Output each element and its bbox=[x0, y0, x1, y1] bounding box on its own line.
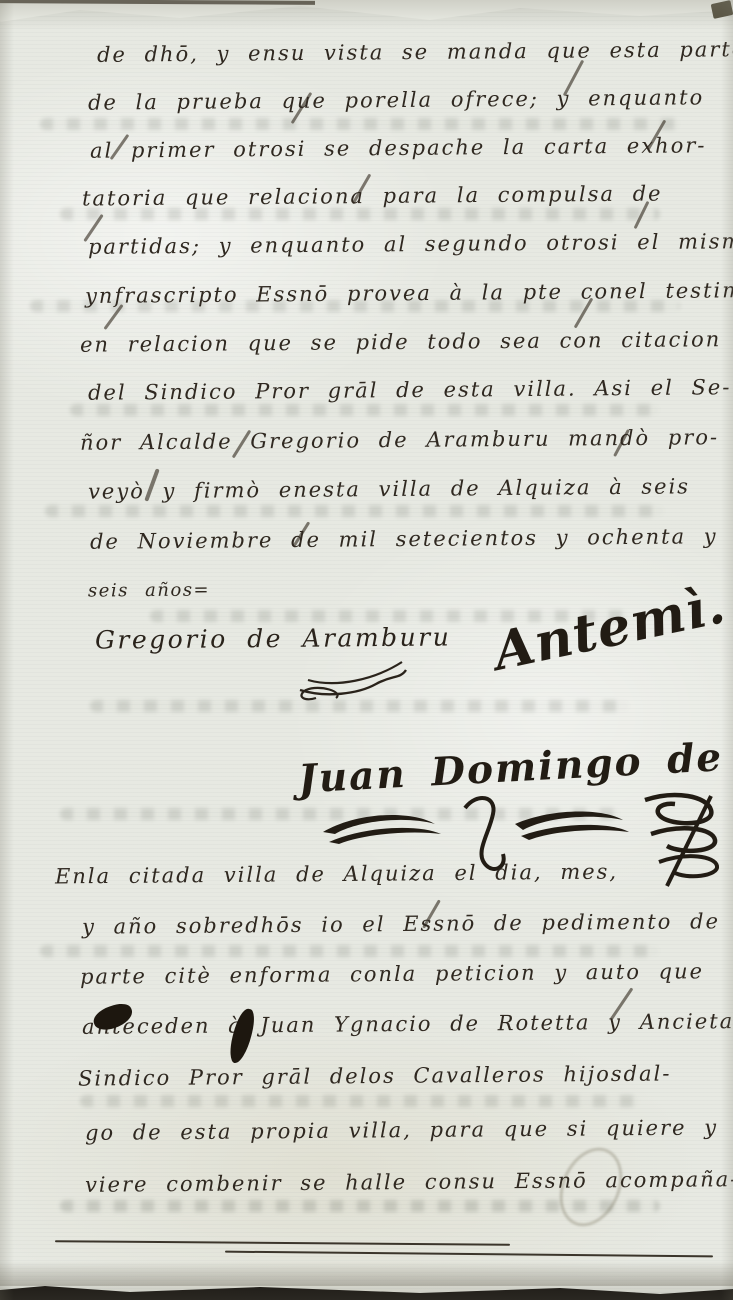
manuscript-line: de dhō, y ensu vista se manda que esta p… bbox=[97, 37, 733, 67]
manuscript-line: Enla citada villa de Alquiza el dia, mes… bbox=[55, 860, 618, 889]
scan-bottom-strip bbox=[0, 1284, 733, 1300]
manuscript-line: go de esta propia villa, para que si qui… bbox=[85, 1115, 733, 1145]
bleedthrough-mark bbox=[70, 404, 660, 416]
bleedthrough-mark bbox=[45, 505, 665, 517]
top-right-clip-mark bbox=[711, 0, 733, 19]
manuscript-line: anteceden à Juan Ygnacio de Rotetta y An… bbox=[82, 1009, 733, 1039]
bleedthrough-mark bbox=[40, 118, 680, 130]
manuscript-line: seis años= bbox=[88, 579, 210, 601]
notary-attestation: Antemì. bbox=[488, 574, 731, 683]
manuscript-line: ñor Alcalde Gregorio de Aramburu mandò p… bbox=[80, 425, 719, 455]
bleedthrough-mark bbox=[80, 1095, 640, 1107]
manuscript-line: partidas; y enquanto al segundo otrosi e… bbox=[88, 229, 733, 259]
manuscript-line: parte citè enforma conla peticion y auto… bbox=[80, 959, 704, 988]
manuscript-line: al primer otrosi se despache la carta ex… bbox=[90, 133, 707, 162]
alcalde-signature: Gregorio de Aramburu bbox=[95, 622, 451, 654]
manuscript-line: del Sindico Pror grāl de esta villa. Asi… bbox=[88, 375, 732, 405]
manuscript-line: en relacion que se pide todo sea con cit… bbox=[80, 327, 721, 357]
manuscript-line: y año sobredhōs io el Essnō de pedimento… bbox=[82, 909, 720, 939]
alcalde-rubric-flourish bbox=[292, 652, 412, 704]
closing-rule-line bbox=[55, 1240, 510, 1246]
manuscript-line: tatoria que relaciona para la compulsa d… bbox=[82, 181, 663, 210]
manuscript-line: de la prueba que porella ofrece; y enqua… bbox=[88, 85, 704, 114]
bleedthrough-mark bbox=[40, 945, 660, 957]
rubric-showthrough-oval bbox=[548, 1138, 634, 1237]
manuscript-line: Sindico Pror grāl delos Cavalleros hijos… bbox=[78, 1061, 672, 1090]
manuscript-line: de Noviembre de mil setecientos y ochent… bbox=[90, 524, 718, 553]
manuscript-line: veyò y firmò enesta villa de Alquiza à s… bbox=[88, 474, 690, 503]
manuscript-page: de dhō, y ensu vista se manda que esta p… bbox=[0, 0, 733, 1300]
closing-rule-line bbox=[225, 1251, 713, 1258]
bottom-paper-shadow bbox=[0, 1262, 733, 1286]
torn-top-edge bbox=[0, 0, 733, 30]
manuscript-line: viere combenir se halle consu Essnō acom… bbox=[85, 1167, 733, 1197]
